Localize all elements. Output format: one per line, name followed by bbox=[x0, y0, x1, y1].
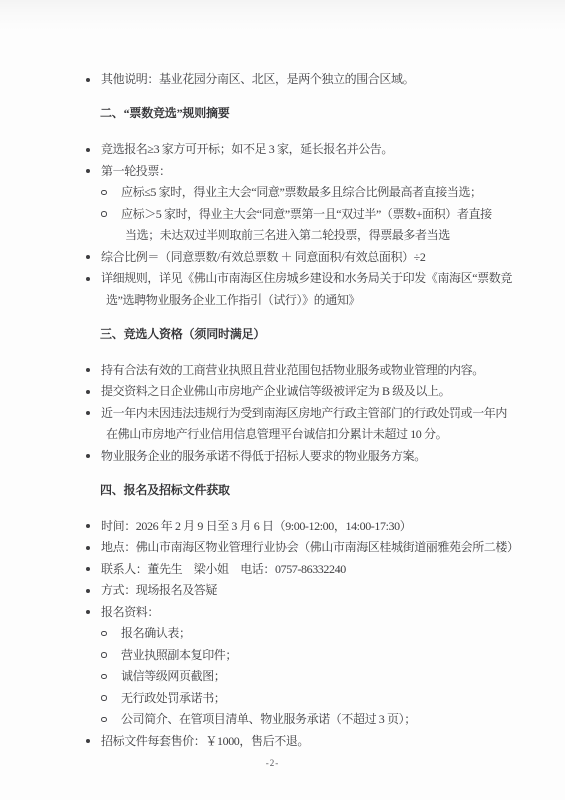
sub-bullet-text: 当选；未达双过半则取前三名进入第二轮投票，得票最多者当选 bbox=[125, 228, 450, 242]
bullet-dot-marker bbox=[86, 390, 90, 394]
sub-bullet-text: 无行政处罚承诺书； bbox=[121, 691, 225, 705]
item-document-price: 招标文件每套售价：￥1000，售后不退。 bbox=[0, 731, 565, 753]
bullet-text: 时间：2026 年 2 月 9 日至 3 月 6 日（9:00-12:00，14… bbox=[101, 519, 411, 533]
heading-section-3: 三、竞选人资格（须同时满足） bbox=[0, 324, 565, 346]
bullet-dot-marker bbox=[86, 610, 90, 614]
bullet-text: 物业服务企业的服务承诺不得低于招标人要求的物业服务方案。 bbox=[101, 449, 426, 463]
item-first-round: 第一轮投票： bbox=[0, 161, 565, 183]
item-signup-rule: 竞选报名≥3 家方可开标；如不足 3 家，延长报名并公告。 bbox=[0, 139, 565, 161]
bullet-dot-marker bbox=[86, 739, 90, 743]
item-time: 时间：2026 年 2 月 9 日至 3 月 6 日（9:00-12:00，14… bbox=[0, 516, 565, 538]
bullet-text: 选”选聘物业服务企业工作指引（试行）》的通知》 bbox=[106, 293, 360, 307]
bullet-text: 方式：现场报名及答疑 bbox=[101, 583, 217, 597]
circle-marker bbox=[101, 717, 107, 723]
bullet-text: 竞选报名≥3 家方可开标；如不足 3 家，延长报名并公告。 bbox=[101, 142, 393, 156]
bullet-dot-marker bbox=[86, 78, 90, 82]
sub-bullet-text: 营业执照副本复印件； bbox=[121, 648, 237, 662]
bullet-dot-marker bbox=[86, 148, 90, 152]
sub-bullet-text: 公司简介、在管项目清单、物业服务承诺（不超过 3 页）； bbox=[121, 712, 416, 726]
heading-text: 四、报名及招标文件获取 bbox=[100, 483, 230, 497]
circle-marker bbox=[101, 190, 107, 196]
subitem-le5-rule: 应标≤5 家时，得业主大会“同意”票数最多且综合比例最高者直接当选； bbox=[0, 182, 565, 204]
item-contact: 联系人：董先生 梁小姐 电话：0757-86332240 bbox=[0, 559, 565, 581]
subitem-no-penalty-letter: 无行政处罚承诺书； bbox=[0, 688, 565, 710]
bullet-text: 详细规则，详见《佛山市南海区住房城乡建设和水务局关于印发《南海区“票数竞 bbox=[101, 271, 512, 285]
document-page: { "style": { "page_background": "#fdfdfd… bbox=[0, 0, 565, 800]
sub-bullet-text: 诚信等级网页截图； bbox=[121, 669, 225, 683]
item-ratio-formula: 综合比例＝（同意票数/有效总票数 ＋ 同意面积/有效总面积）÷2 bbox=[0, 247, 565, 269]
item-detail-rules: 详细规则，详见《佛山市南海区住房城乡建设和水务局关于印发《南海区“票数竞 bbox=[0, 268, 565, 290]
circle-marker bbox=[101, 674, 107, 680]
bullet-dot-marker bbox=[86, 524, 90, 528]
page-number: -2- bbox=[0, 757, 545, 769]
subitem-company-profile: 公司简介、在管项目清单、物业服务承诺（不超过 3 页）； bbox=[0, 709, 565, 731]
sub-bullet-text: 报名确认表； bbox=[121, 626, 191, 640]
sub-bullet-text: 应标＞5 家时，得业主大会“同意”票第一且“双过半”（票数+面积）者直接 bbox=[121, 207, 492, 221]
bullet-text: 其他说明：基业花园分南区、北区，是两个独立的围合区域。 bbox=[101, 72, 414, 86]
item-materials: 报名资料： bbox=[0, 602, 565, 624]
bullet-text: 近一年内未因违法违规行为受到南海区房地产行政主管部门的行政处罚或一年内 bbox=[101, 406, 507, 420]
item-service-promise: 物业服务企业的服务承诺不得低于招标人要求的物业服务方案。 bbox=[0, 446, 565, 468]
item-place: 地点：佛山市南海区物业管理行业协会（佛山市南海区桂城街道丽雅苑会所二楼） bbox=[0, 537, 565, 559]
bullet-text: 第一轮投票： bbox=[101, 164, 171, 178]
item-no-penalty-continuation: 在佛山市房地产行业信用信息管理平台诚信扣分累计未超过 10 分。 bbox=[0, 424, 565, 446]
sub-bullet-text: 应标≤5 家时，得业主大会“同意”票数最多且综合比例最高者直接当选； bbox=[121, 185, 482, 199]
bullet-dot-marker bbox=[86, 411, 90, 415]
subitem-gt5-rule: 应标＞5 家时，得业主大会“同意”票第一且“双过半”（票数+面积）者直接 bbox=[0, 204, 565, 226]
circle-marker bbox=[101, 652, 107, 658]
circle-marker bbox=[101, 631, 107, 637]
item-business-license: 持有合法有效的工商营业执照且营业范围包括物业服务或物业管理的内容。 bbox=[0, 360, 565, 382]
bullet-dot-marker bbox=[86, 368, 90, 372]
circle-marker bbox=[101, 695, 107, 701]
document-body: 其他说明：基业花园分南区、北区，是两个独立的围合区域。 二、“票数竞选”规则摘要… bbox=[0, 0, 565, 769]
subitem-credit-screenshot: 诚信等级网页截图； bbox=[0, 666, 565, 688]
subitem-license-copy: 营业执照副本复印件； bbox=[0, 645, 565, 667]
bullet-text: 提交资料之日企业佛山市房地产企业诚信等级被评定为 B 级及以上。 bbox=[101, 384, 450, 398]
bullet-text: 持有合法有效的工商营业执照且营业范围包括物业服务或物业管理的内容。 bbox=[101, 363, 484, 377]
subitem-confirm-form: 报名确认表； bbox=[0, 623, 565, 645]
bullet-dot-marker bbox=[86, 255, 90, 259]
bullet-text: 综合比例＝（同意票数/有效总票数 ＋ 同意面积/有效总面积）÷2 bbox=[101, 250, 425, 264]
subitem-gt5-rule-continuation: 当选；未达双过半则取前三名进入第二轮投票，得票最多者当选 bbox=[0, 225, 565, 247]
bullet-dot-marker bbox=[86, 169, 90, 173]
item-detail-rules-continuation: 选”选聘物业服务企业工作指引（试行）》的通知》 bbox=[0, 290, 565, 312]
bullet-text: 报名资料： bbox=[101, 605, 159, 619]
bullet-dot-marker bbox=[86, 589, 90, 593]
bullet-text: 联系人：董先生 梁小姐 电话：0757-86332240 bbox=[101, 562, 346, 576]
bullet-dot-marker bbox=[86, 277, 90, 281]
item-other-note: 其他说明：基业花园分南区、北区，是两个独立的围合区域。 bbox=[0, 69, 565, 91]
heading-text: 二、“票数竞选”规则摘要 bbox=[100, 106, 230, 120]
bullet-dot-marker bbox=[86, 546, 90, 550]
heading-text: 三、竞选人资格（须同时满足） bbox=[100, 327, 265, 341]
item-method: 方式：现场报名及答疑 bbox=[0, 580, 565, 602]
heading-section-4: 四、报名及招标文件获取 bbox=[0, 480, 565, 502]
circle-marker bbox=[101, 211, 107, 217]
bullet-text: 地点：佛山市南海区物业管理行业协会（佛山市南海区桂城街道丽雅苑会所二楼） bbox=[101, 540, 519, 554]
bullet-dot-marker bbox=[86, 567, 90, 571]
bullet-text: 在佛山市房地产行业信用信息管理平台诚信扣分累计未超过 10 分。 bbox=[106, 427, 447, 441]
heading-section-2: 二、“票数竞选”规则摘要 bbox=[0, 103, 565, 125]
bullet-text: 招标文件每套售价：￥1000，售后不退。 bbox=[101, 734, 309, 748]
item-no-penalty: 近一年内未因违法违规行为受到南海区房地产行政主管部门的行政处罚或一年内 bbox=[0, 403, 565, 425]
item-credit-rating: 提交资料之日企业佛山市房地产企业诚信等级被评定为 B 级及以上。 bbox=[0, 381, 565, 403]
bullet-dot-marker bbox=[86, 454, 90, 458]
